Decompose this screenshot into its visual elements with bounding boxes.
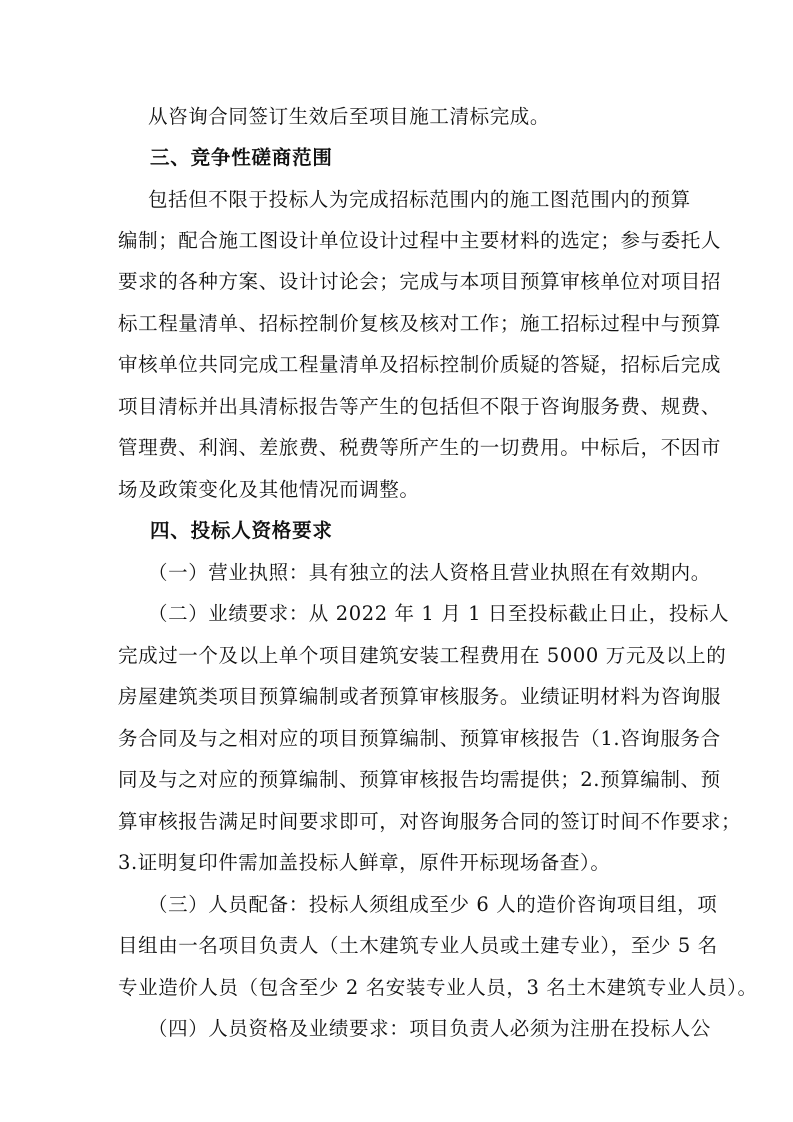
paragraph-performance-line-5: 同及与之对应的预算编制、预算审核报告均需提供；2.预算编制、预 xyxy=(118,765,688,795)
paragraph-scope-line-2: 编制；配合施工图设计单位设计过程中主要材料的选定；参与委托人 xyxy=(118,226,688,256)
paragraph-performance-line-4: 务合同及与之相对应的项目预算编制、预算审核报告（1.咨询服务合 xyxy=(118,724,688,754)
paragraph-performance-line-1: （二）业绩要求：从 2022 年 1 月 1 日至投标截止日止，投标人 xyxy=(148,599,688,629)
paragraph-scope-line-1: 包括但不限于投标人为完成招标范围内的施工图范围内的预算 xyxy=(148,185,688,215)
paragraph-scope-line-5: 审核单位共同完成工程量清单及招标控制价质疑的答疑，招标后完成 xyxy=(118,350,688,380)
paragraph-personnel-qualification-line-1: （四）人员资格及业绩要求：项目负责人必须为注册在投标人公 xyxy=(148,1014,688,1044)
section-heading-4-qualifications: 四、投标人资格要求 xyxy=(150,516,720,546)
paragraph-performance-line-2: 完成过一个及以上单个项目建筑安装工程费用在 5000 万元及以上的 xyxy=(118,641,688,671)
paragraph-performance-line-7: 3.证明复印件需加盖投标人鲜章，原件开标现场备查）。 xyxy=(118,848,688,878)
paragraph-performance-line-3: 房屋建筑类项目预算编制或者预算审核服务。业绩证明材料为咨询服 xyxy=(118,682,688,712)
paragraph-business-license: （一）营业执照：具有独立的法人资格且营业执照在有效期内。 xyxy=(148,558,688,588)
paragraph-performance-line-6: 算审核报告满足时间要求即可，对咨询服务合同的签订时间不作要求； xyxy=(118,807,688,837)
section-heading-3-scope: 三、竞争性磋商范围 xyxy=(150,143,720,173)
paragraph-scope-line-6: 项目清标并出具清标报告等产生的包括但不限于咨询服务费、规费、 xyxy=(118,392,688,422)
paragraph-staffing-line-3: 专业造价人员（包含至少 2 名安装专业人员，3 名土木建筑专业人员）。 xyxy=(118,973,688,1003)
paragraph-service-period-end: 从咨询合同签订生效后至项目施工清标完成。 xyxy=(148,102,688,132)
document-page: 从咨询合同签订生效后至项目施工清标完成。 三、竞争性磋商范围 包括但不限于投标人… xyxy=(0,0,793,1122)
paragraph-staffing-line-2: 目组由一名项目负责人（土木建筑专业人员或土建专业），至少 5 名 xyxy=(118,931,688,961)
paragraph-scope-line-7: 管理费、利润、差旅费、税费等所产生的一切费用。中标后，不因市 xyxy=(118,433,688,463)
paragraph-scope-line-3: 要求的各种方案、设计讨论会；完成与本项目预算审核单位对项目招 xyxy=(118,267,688,297)
paragraph-scope-line-8: 场及政策变化及其他情况而调整。 xyxy=(118,475,688,505)
paragraph-staffing-line-1: （三）人员配备：投标人须组成至少 6 人的造价咨询项目组，项 xyxy=(148,890,688,920)
paragraph-scope-line-4: 标工程量清单、招标控制价复核及核对工作；施工招标过程中与预算 xyxy=(118,309,688,339)
